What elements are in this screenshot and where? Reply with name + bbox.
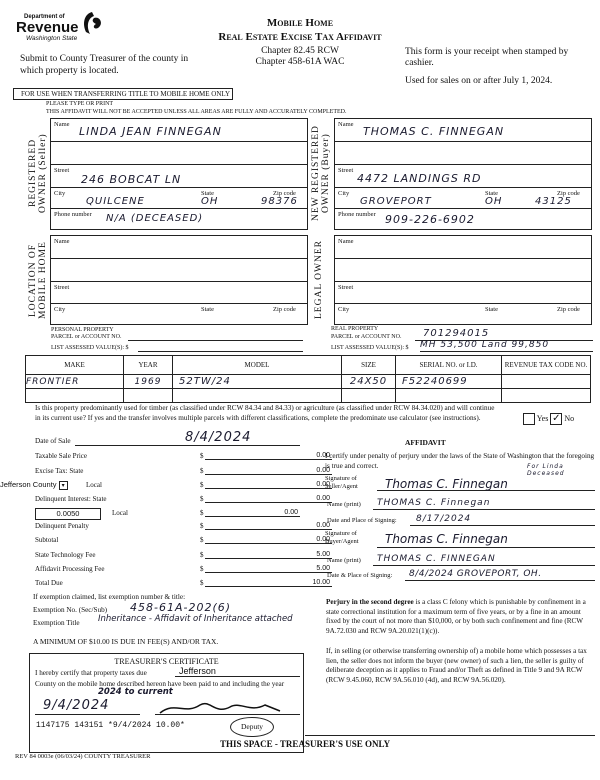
real-assessed-value: MH 53,500 Land 99,850 [420,340,549,350]
buyer-date-place: Date & Place of Signing: 8/4/2024 GROVEP… [325,569,595,583]
fee-value[interactable]: 0.00 [205,509,300,517]
real-parcel-value: 701294015 [423,328,489,339]
col-model: MODEL [173,356,342,375]
legal-street-field[interactable]: Street [335,282,591,304]
table-row: FRONTIER 1969 52TW/24 24X50 F52240699 [26,375,591,389]
cell-model[interactable]: 52TW/24 [173,375,342,389]
fee-excise-local: Local$0.00 [86,481,300,493]
exemption-intro: If exemption claimed, list exemption num… [33,593,185,601]
cell-serial[interactable] [396,389,502,403]
seller-date-place: Date and Place of Signing: 8/17/2024 [325,514,595,528]
buyer-phone-field[interactable]: Phone number 909-226-6902 [335,209,591,230]
buyer-box: Name THOMAS C. FINNEGAN Street 4472 LAND… [334,118,592,230]
legal-name-field[interactable]: Name [335,236,591,259]
chapter-refs: Chapter 82.45 RCW Chapter 458-61A WAC [200,46,400,68]
logo-state: Washington State [26,35,77,42]
tax-lien-notice: If, in selling (or otherwise transferrin… [326,647,596,685]
used-for-note: Used for sales on or after July 1, 2024. [405,76,552,86]
personal-assessed-input[interactable] [138,344,303,352]
fee-value[interactable]: 0.00 [205,495,332,503]
perjury-notice: Perjury in the second degree is a class … [326,598,596,636]
date-of-sale-input[interactable]: 8/4/2024 [75,432,300,446]
fee-excise-state: Excise Tax: State$0.00 [35,467,300,479]
cell-size[interactable]: 24X50 [342,375,396,389]
fee-value[interactable]: 0.00 [205,522,332,530]
cell-year[interactable] [124,389,173,403]
cell-size[interactable] [342,389,396,403]
buyer-sig-label: Signature of Buyer/Agent [325,530,370,546]
treasurer-year[interactable]: 2024 to current [98,687,173,697]
seller-name-field[interactable]: Name LINDA JEAN FINNEGAN [51,119,307,142]
buyer-zip: 43125 [535,196,572,207]
personal-parcel-label: PARCEL or ACCOUNT NO. [51,334,121,340]
seller-street: 246 BOBCAT LN [81,173,181,186]
fee-taxable-sale-price: Taxable Sale Price$0.00 [35,452,300,464]
cell-make[interactable] [26,389,124,403]
fee-value[interactable]: 10.00 [205,579,332,587]
buyer-name-field[interactable]: Name THOMAS C. FINNEGAN [335,119,591,142]
seller-signature-field[interactable]: Thomas C. Finnegan For Linda Deceased [377,475,595,491]
affidavit-heading: AFFIDAVIT [405,438,446,447]
fee-total-due: Total Due$10.00 [35,579,300,591]
seller-note: For Linda Deceased [527,463,587,477]
seller-phone-field[interactable]: Phone number N/A (DECEASED) [51,209,307,230]
location-name-line2[interactable] [51,259,307,282]
yes-checkbox[interactable] [523,413,535,425]
exemption-title-label: Exemption Title [33,619,80,627]
location-street-field[interactable]: Street [51,282,307,304]
seller-city-field[interactable]: City State Zip code QUILCENE OH 98376 [51,188,307,209]
buyer-street: 4472 LANDINGS RD [357,172,481,185]
fee-value[interactable]: 5.00 [205,551,332,559]
dor-logo: Department of Revenue Washington State [16,8,106,48]
col-size: SIZE [342,356,396,375]
seller-name: LINDA JEAN FINNEGAN [79,125,222,138]
form-id: REV 84 0003e (06/03/24) COUNTY TREASURER [15,753,150,760]
real-property-heading: REAL PROPERTY [331,326,378,332]
fee-affidavit-processing: Affidavit Processing Fee$5.00 [35,565,300,577]
seller-name-line2[interactable] [51,142,307,165]
treasurer-heading: TREASURER'S CERTIFICATE [30,657,303,666]
exemption-number[interactable]: 458-61A-202(6) [130,601,231,614]
real-assessed-label: LIST ASSESSED VALUE(S): $ [331,345,409,351]
buyer-city-field[interactable]: City State Zip code GROVEPORT OH 43125 [335,188,591,209]
buyer-name-print: Name (print) THOMAS C. FINNEGAN [325,554,595,568]
submit-instructions: Submit to County Treasurer of the county… [20,53,200,77]
cell-revenue-code[interactable] [502,389,591,403]
buyer-signature-field[interactable]: Thomas C. Finnegan [377,530,595,548]
buyer-name-line2[interactable] [335,142,591,165]
buyer-street-field[interactable]: Street 4472 LANDINGS RD [335,165,591,188]
fee-state-technology: State Technology Fee$5.00 [35,551,300,563]
cell-year[interactable]: 1969 [124,375,173,389]
no-checkbox[interactable]: ✓ [550,413,562,425]
seller-street-field[interactable]: Street 246 BOBCAT LN [51,165,307,188]
logo-swirl-icon [80,10,104,38]
for-use-banner: FOR USE WHEN TRANSFERRING TITLE TO MOBIL… [13,88,233,100]
local-rate-input[interactable]: 0.0050 [35,508,101,520]
exemption-title[interactable]: Inheritance - Affidavit of Inheritance a… [98,615,298,624]
fee-value[interactable]: 0.00 [205,467,332,475]
fee-value[interactable]: 5.00 [205,565,332,573]
seller-state: OH [201,196,218,207]
treasurer-signature[interactable] [155,699,300,715]
buyer-state: OH [485,196,502,207]
seller-sig-label: Signature of Seller/Agent [325,475,370,491]
col-revenue-code: REVENUE TAX CODE NO. [502,356,591,375]
fee-subtotal: Subtotal$0.00 [35,536,300,548]
location-city-field[interactable]: City State Zip code [51,304,307,325]
location-box: Name Street City State Zip code [50,235,308,325]
treasurer-date-input[interactable]: 9/4/2024 [35,699,140,715]
seller-box: Name LINDA JEAN FINNEGAN Street 246 BOBC… [50,118,308,230]
col-year: YEAR [124,356,173,375]
exemption-number-label: Exemption No. (Sec/Sub) [33,606,107,614]
deputy-label: Deputy [230,717,274,737]
col-serial: SERIAL NO. or I.D. [396,356,502,375]
treasurer-county-input[interactable]: Jefferson [175,667,300,677]
fee-delinquent-penalty: Delinquent Penalty$0.00 [35,522,300,534]
treasurer-line1: I hereby certify that property taxes due [35,669,147,677]
location-name-field[interactable]: Name [51,236,307,259]
seller-name-print: Name (print) THOMAS C. Finnegan [325,498,595,512]
col-make: MAKE [26,356,124,375]
cell-revenue-code[interactable] [502,375,591,389]
logo-revenue: Revenue [16,20,79,35]
buyer-signature-block: Signature of Buyer/Agent Thomas C. Finne… [325,530,595,552]
personal-assessed-label: LIST ASSESSED VALUE(S): $ [51,345,129,351]
date-of-sale-label: Date of Sale [35,437,71,445]
fee-value[interactable]: 0.00 [205,452,332,460]
legal-name-line2[interactable] [335,259,591,282]
personal-property-heading: PERSONAL PROPERTY [51,327,114,333]
treasurer-use-only: THIS SPACE - TREASURER'S USE ONLY [220,739,390,749]
cell-model[interactable] [173,389,342,403]
fee-value[interactable]: 0.00 [205,536,332,544]
buyer-date-field[interactable]: 8/4/2024 GROVEPORT, OH. [405,569,595,581]
seller-zip: 98376 [261,196,298,207]
fee-delinquent-interest-local: Local$0.00 [112,509,300,521]
fee-delinquent-interest-state: Delinquent Interest: State$0.00 [35,495,300,507]
seller-name-print-field[interactable]: THOMAS C. Finnegan [373,498,595,510]
not-accepted-note: THIS AFFIDAVIT WILL NOT BE ACCEPTED UNLE… [46,109,347,115]
seller-phone: N/A (DECEASED) [106,213,203,224]
date-of-sale-value: 8/4/2024 [185,430,251,445]
buyer-phone: 909-226-6902 [385,213,475,226]
signature-scribble-icon [155,699,285,717]
buyer-name-print-field[interactable]: THOMAS C. FINNEGAN [373,554,595,566]
treasurers-certificate: TREASURER'S CERTIFICATE I hereby certify… [29,653,304,753]
legal-owner-section-label: LEGAL OWNER [314,235,332,325]
please-type: PLEASE TYPE OR PRINT [46,101,113,107]
personal-parcel-input[interactable] [128,333,303,341]
county-select[interactable]: Jefferson County ▾ [0,480,68,490]
receipt-note: This form is your receipt when stamped b… [405,47,595,69]
buyer-name: THOMAS C. FINNEGAN [363,125,504,138]
legal-owner-box: Name Street City State Zip code [334,235,592,325]
seller-city: QUILCENE [86,196,145,207]
seller-date-field[interactable]: 8/17/2024 [410,514,595,526]
cell-make[interactable]: FRONTIER [26,375,124,389]
mobile-home-table: MAKE YEAR MODEL SIZE SERIAL NO. or I.D. … [25,355,591,403]
table-header-row: MAKE YEAR MODEL SIZE SERIAL NO. or I.D. … [26,356,591,375]
cashier-stamp: 1147175 143151 *9/4/2024 10.00* [36,721,185,730]
cell-serial[interactable]: F52240699 [396,375,502,389]
buyer-city: GROVEPORT [360,196,432,207]
dropdown-arrow-icon[interactable]: ▾ [59,481,68,490]
legal-city-field[interactable]: City State Zip code [335,304,591,325]
treasurer-space-divider [305,735,595,736]
minimum-due-note: A MINIMUM OF $10.00 IS DUE IN FEE(S) AND… [33,637,218,646]
table-row [26,389,591,403]
real-assessed-input[interactable]: MH 53,500 Land 99,850 [420,342,593,352]
timber-question: Is this property predominantly used for … [35,404,495,423]
real-parcel-label: PARCEL or ACCOUNT NO. [331,334,401,340]
form-title: Mobile Home Real Estate Excise Tax Affid… [170,16,430,44]
fee-value[interactable]: 0.00 [205,481,332,489]
timber-choice: Yes ✓ No [523,413,574,425]
